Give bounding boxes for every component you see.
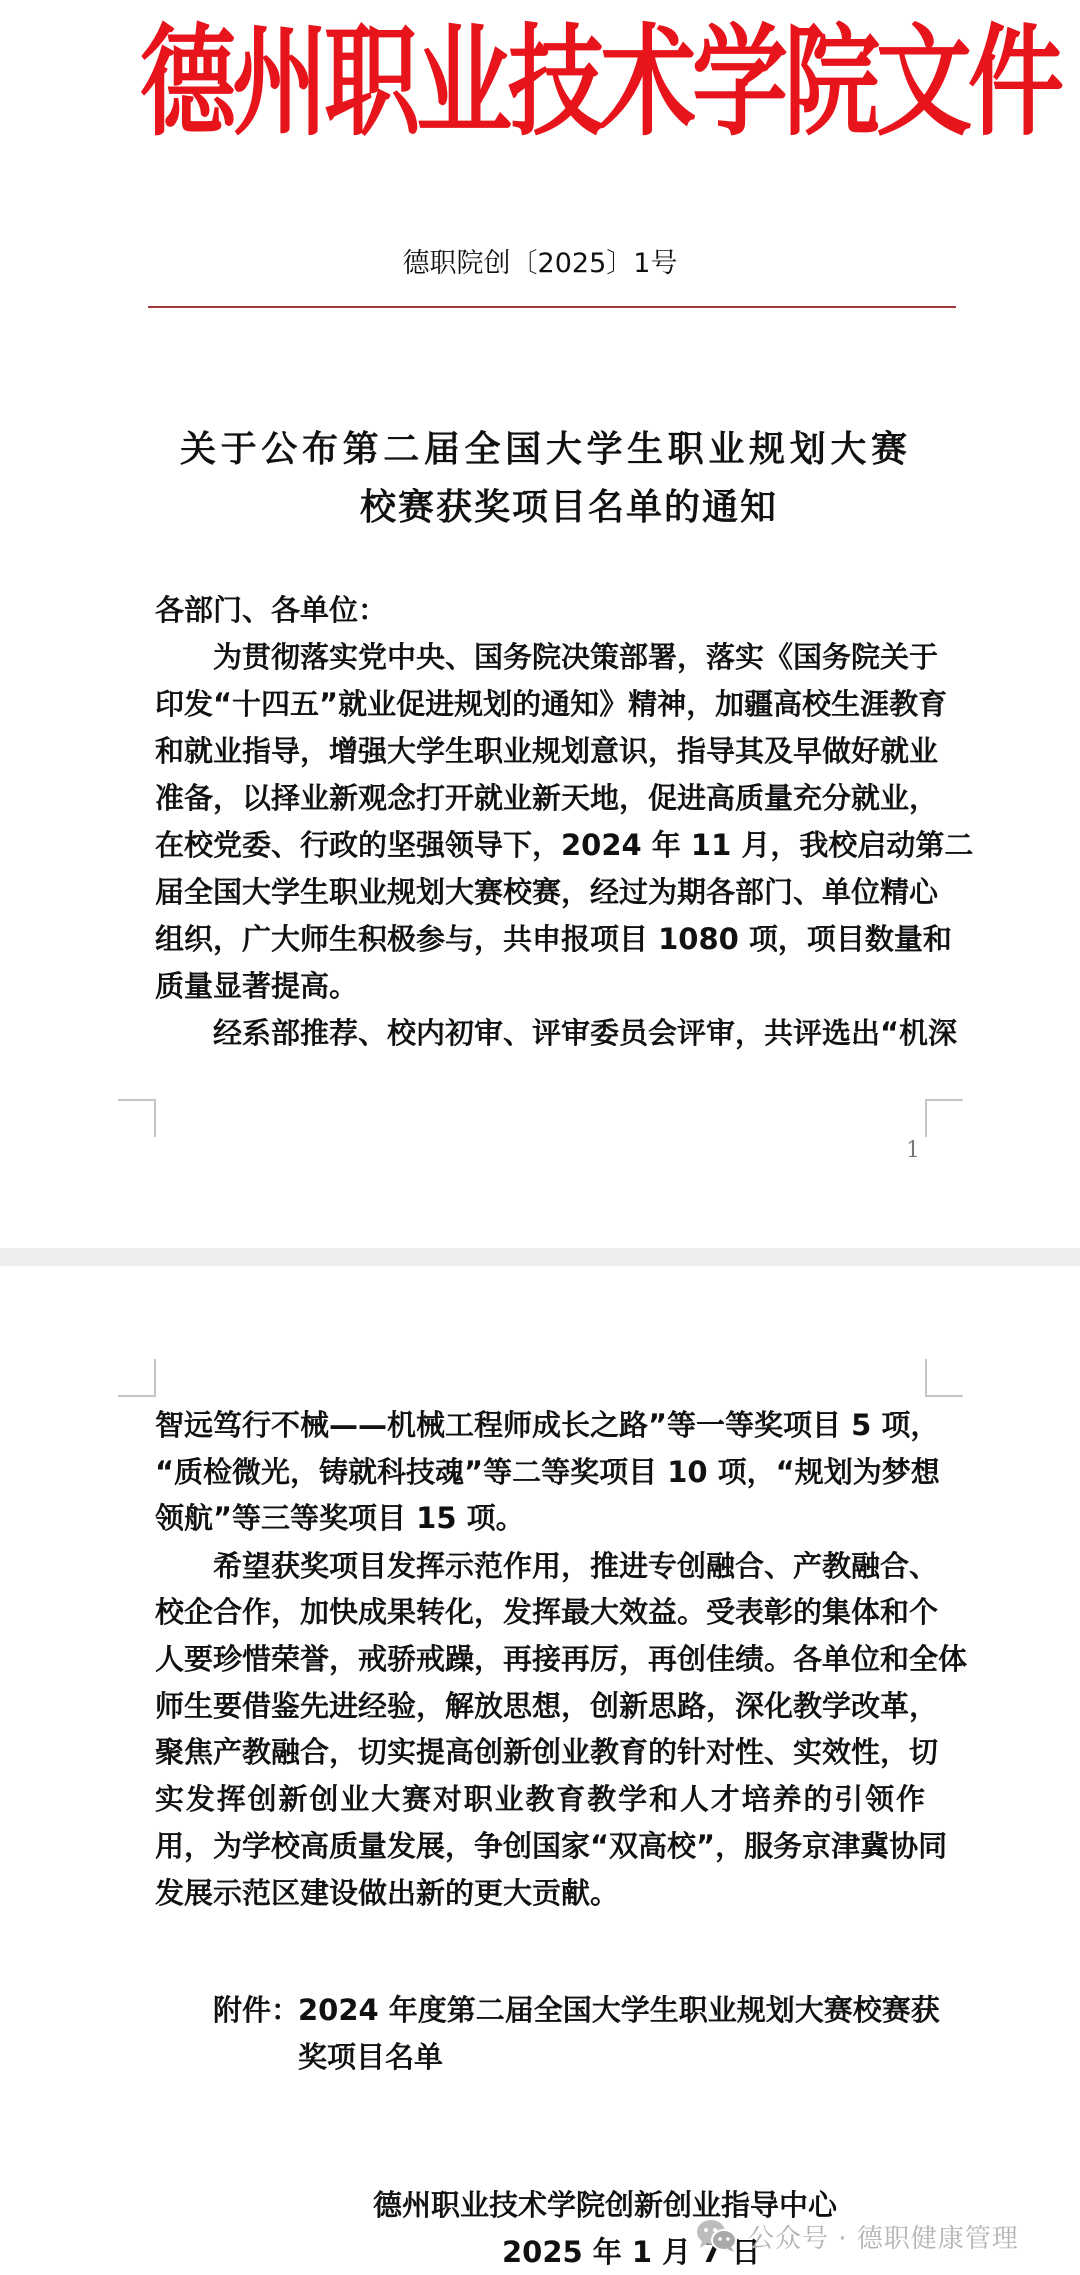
body-line: 印发“十四五”就业促进规划的通知》精神，加疆高校生涯教育 [155,684,925,724]
body-line: 准备，以择业新观念打开就业新天地，促进高质量充分就业， [155,778,925,818]
body-line: 用，为学校高质量发展，争创国家“双高校”，服务京津冀协同 [155,1826,925,1866]
page-corner-mark [925,1359,963,1397]
body-line: 为贯彻落实党中央、国务院决策部署，落实《国务院关于 [213,637,925,677]
document-title-line-2: 校赛获奖项目名单的通知 [360,484,700,532]
body-line: 发展示范区建设做出新的更大贡献。 [155,1873,925,1913]
wechat-watermark: 公众号 · 德职健康管理 [696,2216,1019,2256]
attachment-title-line-1: 2024 年度第二届全国大学生职业规划大赛校赛获 [298,1990,925,2030]
body-line: 聚焦产教融合，切实提高创新创业教育的针对性、实效性，切 [155,1732,925,1772]
red-divider-line [148,306,956,308]
wechat-icon [696,2219,738,2253]
body-line: 组织，广大师生积极参与，共申报项目 1080 项，项目数量和 [155,919,925,959]
document-title-line-1: 关于公布第二届全国大学生职业规划大赛 [180,426,907,474]
attachment-title-line-2: 奖项目名单 [298,2037,443,2077]
page-corner-mark [925,1099,963,1137]
body-line: 在校党委、行政的坚强领导下，2024 年 11 月，我校启动第二 [155,825,925,865]
body-line: “质检微光，铸就科技魂”等二等奖项目 10 项，“规划为梦想 [155,1452,925,1492]
body-line: 届全国大学生职业规划大赛校赛，经过为期各部门、单位精心 [155,872,925,912]
body-line: 希望获奖项目发挥示范作用，推进专创融合、产教融合、 [213,1546,925,1586]
page-corner-mark [118,1099,156,1137]
attachment-label: 附件： [213,1990,300,2030]
watermark-text: 公众号 · 德职健康管理 [748,2218,1019,2255]
masthead-title: 德州职业技术学院文件 [140,2,940,162]
body-line: 师生要借鉴先进经验，解放思想，创新思路，深化教学改革， [155,1686,925,1726]
body-line: 校企合作，加快成果转化，发挥最大效益。受表彰的集体和个 [155,1592,925,1632]
body-line: 智远笃行不械——机械工程师成长之路”等一等奖项目 5 项， [155,1405,925,1445]
body-line: 人要珍惜荣誉，戒骄戒躁，再接再厉，再创佳绩。各单位和全体 [155,1639,925,1679]
page-number: 1 [906,1138,920,1163]
page-separator [0,1248,1080,1266]
salutation: 各部门、各单位： [155,590,925,630]
body-line: 经系部推荐、校内初审、评审委员会评审，共评选出“机深 [213,1013,925,1053]
body-line: 领航”等三等奖项目 15 项。 [155,1498,925,1538]
body-line: 质量显著提高。 [155,966,925,1006]
body-line: 和就业指导，增强大学生职业规划意识，指导其及早做好就业 [155,731,925,771]
document-number: 德职院创〔2025〕1号 [0,246,1080,282]
page-corner-mark [118,1359,156,1397]
body-line: 实发挥创新创业大赛对职业教育教学和人才培养的引领作 [155,1779,925,1819]
